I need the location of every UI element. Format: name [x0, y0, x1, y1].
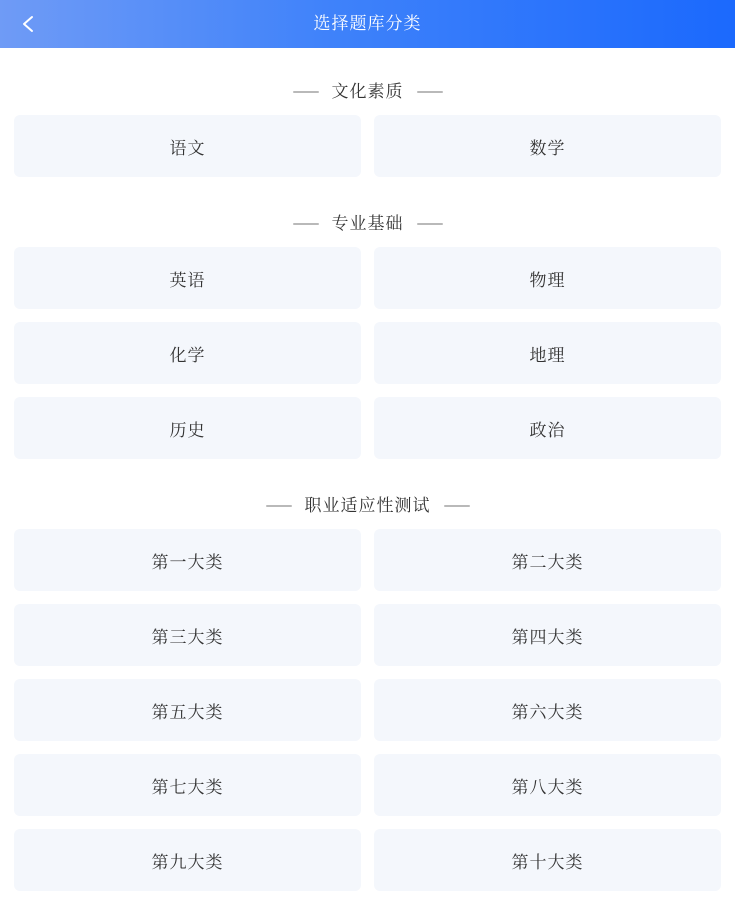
category-button-history[interactable]: 历史: [14, 397, 361, 459]
category-button-major-9[interactable]: 第九大类: [14, 829, 361, 891]
title-dash-left: [293, 223, 319, 225]
category-button-chinese[interactable]: 语文: [14, 115, 361, 177]
category-button-chemistry[interactable]: 化学: [14, 322, 361, 384]
section-culture-grid: 语文 数学: [14, 115, 721, 177]
title-dash-left: [266, 505, 292, 507]
section-title-aptitude: 职业适应性测试: [14, 495, 721, 517]
section-title-culture: 文化素质: [14, 81, 721, 103]
header: 选择题库分类: [0, 0, 735, 48]
title-dash-right: [444, 505, 470, 507]
section-title-text: 文化素质: [332, 81, 404, 103]
category-button-major-7[interactable]: 第七大类: [14, 754, 361, 816]
section-title-text: 职业适应性测试: [305, 495, 431, 517]
category-button-geography[interactable]: 地理: [374, 322, 721, 384]
title-dash-right: [417, 223, 443, 225]
category-button-major-5[interactable]: 第五大类: [14, 679, 361, 741]
category-button-physics[interactable]: 物理: [374, 247, 721, 309]
page-title: 选择题库分类: [314, 0, 422, 48]
category-button-math[interactable]: 数学: [374, 115, 721, 177]
section-title-text: 专业基础: [332, 213, 404, 235]
category-button-major-10[interactable]: 第十大类: [374, 829, 721, 891]
category-button-english[interactable]: 英语: [14, 247, 361, 309]
back-button[interactable]: [8, 0, 48, 48]
category-button-major-1[interactable]: 第一大类: [14, 529, 361, 591]
category-button-politics[interactable]: 政治: [374, 397, 721, 459]
category-button-major-8[interactable]: 第八大类: [374, 754, 721, 816]
title-dash-left: [293, 91, 319, 93]
content: 文化素质 语文 数学 专业基础 英语 物理 化学 地理 历史 政治 职业适应性测…: [0, 81, 735, 909]
category-button-major-4[interactable]: 第四大类: [374, 604, 721, 666]
title-dash-right: [417, 91, 443, 93]
chevron-left-icon: [21, 15, 35, 33]
section-title-professional: 专业基础: [14, 213, 721, 235]
section-aptitude-grid: 第一大类 第二大类 第三大类 第四大类 第五大类 第六大类 第七大类 第八大类 …: [14, 529, 721, 891]
page: 选择题库分类 文化素质 语文 数学 专业基础 英语 物理 化学 地理 历史 政治: [0, 0, 735, 913]
category-button-major-6[interactable]: 第六大类: [374, 679, 721, 741]
section-professional-grid: 英语 物理 化学 地理 历史 政治: [14, 247, 721, 459]
category-button-major-3[interactable]: 第三大类: [14, 604, 361, 666]
category-button-major-2[interactable]: 第二大类: [374, 529, 721, 591]
